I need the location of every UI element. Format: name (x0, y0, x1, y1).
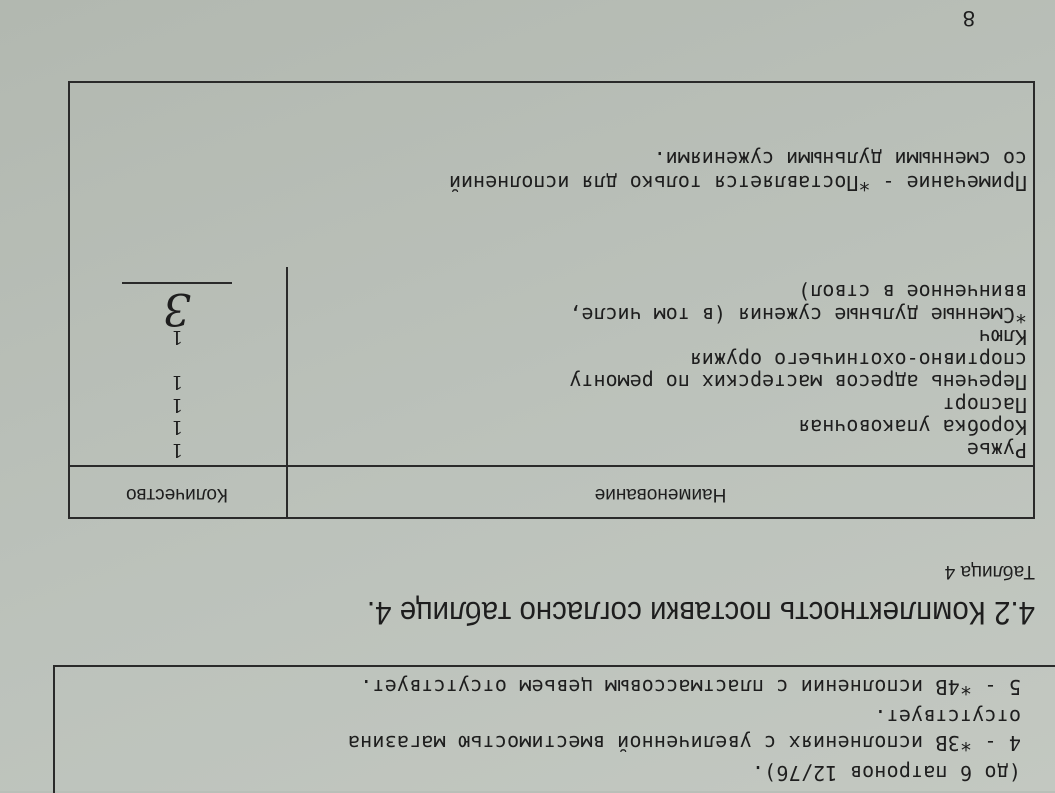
footnote-line: 5 - *4В исполнении с пластмассовым цевье… (360, 675, 1021, 699)
table-row-quantity: 1 (68, 416, 286, 439)
column-header-quantity: Количество (68, 483, 286, 505)
column-divider (286, 267, 288, 517)
column-header-name: Наименование (288, 483, 1033, 505)
table-row-name: ввинченное в ствол) (292, 281, 1027, 304)
footnote-line: (до 6 патронов 12/76). (752, 761, 1021, 785)
table-note: Примечание - *Поставляется только для ис… (77, 147, 1027, 195)
table-row-name: Ключ (292, 326, 1027, 349)
footnote-line: 4 - *3В исполнениях с увеличенной вмести… (348, 731, 1021, 755)
note-line: со сменными дульными сужениями. (77, 147, 1027, 171)
document-page: (до 6 патронов 12/76). 4 - *3В исполнени… (0, 0, 1055, 791)
table-row-name: Перечень адресов мастерских по ремонту (292, 371, 1027, 394)
table-row-name: *Сменные дульные сужения (в том числе, (292, 304, 1027, 327)
section-title: 4.2 Комплектность поставки согласно табл… (367, 594, 1035, 631)
table-row-name: Ружье (292, 439, 1027, 462)
table-row-name: Паспорт (292, 394, 1027, 417)
table-row-quantity: 1 (68, 439, 286, 462)
delivery-set-table: Наименование Количество Ружье Коробка уп… (68, 81, 1035, 519)
table-quantity-column: 1 1 1 1 1 3 (68, 282, 286, 461)
table-caption: Таблица 4 (945, 560, 1035, 582)
table-names-column: Ружье Коробка упаковочная Паспорт Перече… (292, 281, 1027, 461)
table-row-quantity: 1 (68, 371, 286, 394)
page-number: 8 (963, 5, 975, 31)
footnotes-box: (до 6 патронов 12/76). 4 - *3В исполнени… (53, 665, 1055, 791)
footnote-line: отсутствует. (874, 705, 1021, 729)
table-row-quantity-handwritten: 3 (68, 286, 286, 330)
table-row-name: Коробка упаковочная (292, 416, 1027, 439)
table-row-name: спортивно-охотничьего оружия (292, 349, 1027, 372)
table-header-row: Наименование Количество (70, 465, 1033, 517)
table-row-quantity: 1 (68, 394, 286, 417)
note-line: Примечание - *Поставляется только для ис… (77, 171, 1027, 195)
